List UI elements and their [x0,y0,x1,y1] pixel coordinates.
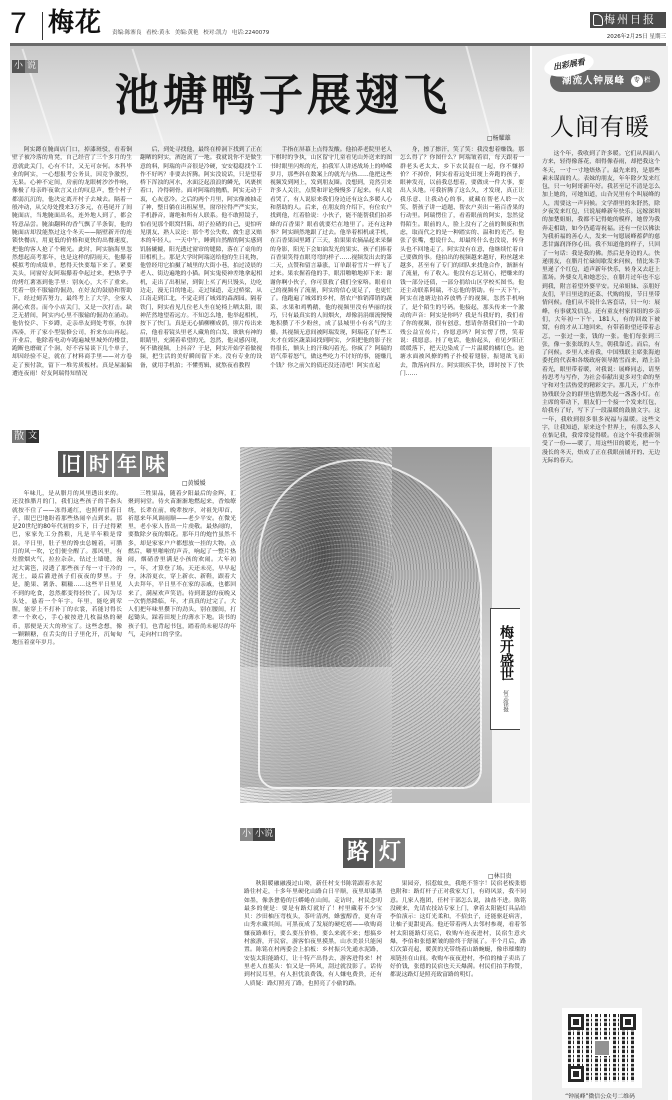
qr-finder [620,1014,636,1030]
sidebar-title: 人间有暖 [532,112,668,142]
story-column: 身，擦了擦汗，笑了笑：我没想着赚钱。那怎么得了？你图什么？阿瑞皱着眉，每天跟着一… [400,146,524,401]
short-story-column: 果园旁，招惹蚊虫，我绝不签字！民宿老板张德也附和：路灯杆子正对我家大门，有碍风景… [390,880,526,1098]
title-char: 时 [86,451,112,477]
column-chip: 栏 [644,70,651,92]
title-char: 旧 [58,451,84,477]
column-chip: 专 [631,75,643,87]
column-sidebar: 潮流人钟展峰 专栏 出彩展看 人间有暖 这个年，我收到了许多暖。它们从四面八方来… [532,46,668,1100]
newspaper-name: 梅州日报 [604,13,656,26]
photo-caption-title: 梅开盛世 [498,625,514,681]
category-tag-essay: 散 文 [12,430,39,443]
essay-column: 年味儿，是从腊月的风里透出来的。还没推腊月的门，我们这些孩子的手指头就按不住了—… [12,490,122,1098]
title-char: 灯 [375,838,405,868]
essay-byline: □黄媛媛 [182,478,206,487]
story-column: 后，到处寻找他，最终在桥洞下找到了正在翻晒的阿实，酒泡流了一地。我就说你不是做生… [140,146,262,396]
category-tag-char: 散 [12,430,26,443]
column-name: 潮流人钟展峰 [562,76,625,87]
qr-code[interactable] [562,1008,642,1088]
plum-blossom-photo [240,447,392,803]
story-title: 池塘鸭子展翅飞 [115,70,451,122]
qr-caption: “钟展峰”微信公众号二维码 [532,1091,668,1100]
short-story-title: 路 灯 [343,838,405,868]
page-number: 7 [10,9,27,39]
story-byline: □杨耀雄 [487,133,511,142]
photo-credit: 何志锋摄 [501,690,509,712]
qr-center-logo [594,1040,610,1056]
newspaper-logo: 梅州日报 [590,12,666,28]
story-column: 阿实蹲在腌面店门口，掉漆斑驳，看着铜壁子被冷落的角凳，自己经营了三个多月的生意就… [12,146,132,396]
logo-emblem-icon [593,14,603,26]
editorial-credits: 责编:陈寨良 看校:黄永 美编:黄艳 校对:凯力 电话:2240079 [112,28,269,36]
category-tag-short-novel: 小 小说 [240,828,275,841]
story-column: 手指在屏幕上点得发酸。他拍养老院里老人下棋时的争执，山区留守儿童看见山外送来的图… [270,146,392,396]
category-tag-char: 小 [240,828,253,841]
title-char: 路 [343,838,373,868]
category-tag-char: 小 [12,60,25,73]
category-tag-char: 说 [25,60,38,73]
short-story-byline: □林目贵 [488,871,512,880]
essay-column: 三牲果品，随着夕阳最后的金辉，汇聚到祠堂。待火苗渐渐地燃起来，香烛缭绕，长辈在前… [128,490,236,1098]
section-title: 梅花 [48,7,102,39]
category-tag-char: 文 [26,430,39,443]
sidebar-body: 这个年，我收到了许多暖。它们从四面八方来，轻得像落花，细得像春雨，却把我这个冬天… [542,150,660,1010]
short-story-column: 秋阳暖融融漫过山坳，新任村支书陈铭跟着水泥路往村走，十多年里硬化山路白日平顺，夜… [244,880,382,1098]
title-char: 年 [114,451,140,477]
title-char: 味 [142,451,168,477]
essay-title: 旧 时 年 味 [58,451,168,477]
category-tag-char: 小说 [253,828,275,841]
qr-finder [568,1066,584,1082]
masthead-divider [42,12,43,40]
masthead: 7 梅花 责编:陈寨良 看校:黄永 美编:黄艳 校对:凯力 电话:2240079… [0,0,672,46]
column-badge: 潮流人钟展峰 专栏 出彩展看 [544,54,656,98]
issue-date: 2026年2月25日 星期三 [607,32,666,40]
qr-finder [568,1014,584,1030]
category-tag-novel: 小 说 [12,60,38,73]
